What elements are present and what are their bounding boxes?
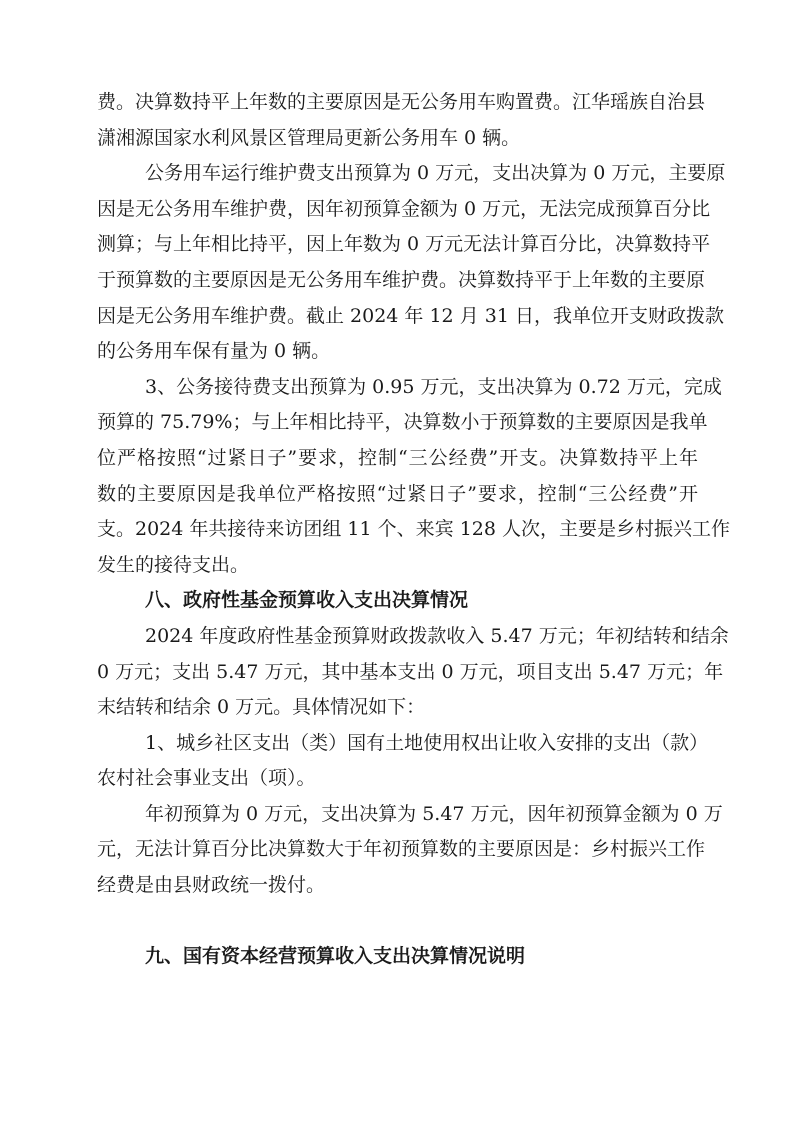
text-line: 位严格按照“过紧日子”要求，控制“三公经费”开支。决算数持平上年 bbox=[97, 441, 698, 477]
section-heading-state-capital: 九、国有资本经营预算收入支出决算情况说明 bbox=[97, 939, 698, 975]
text-line: 1、城乡社区支出（类）国有土地使用权出让收入安排的支出（款） bbox=[97, 726, 698, 762]
text-line: 预算的 75.79%；与上年相比持平，决算数小于预算数的主要原因是我单 bbox=[97, 405, 698, 441]
text-line: 元，无法计算百分比决算数大于年初预算数的主要原因是：乡村振兴工作 bbox=[97, 832, 698, 868]
text-line: 支。2024 年共接待来访团组 11 个、来宾 128 人次，主要是乡村振兴工作 bbox=[97, 512, 698, 548]
text-line: 于预算数的主要原因是无公务用车维护费。决算数持平于上年数的主要原 bbox=[97, 263, 698, 299]
paragraph-government-fund-overview: 2024 年度政府性基金预算财政拨款收入 5.47 万元；年初结转和结余 0 万… bbox=[97, 619, 698, 726]
text-line: 发生的接待支出。 bbox=[97, 548, 698, 584]
text-line: 经费是由县财政统一拨付。 bbox=[97, 868, 698, 904]
text-line: 2024 年度政府性基金预算财政拨款收入 5.47 万元；年初结转和结余 bbox=[97, 619, 698, 655]
text-line: 末结转和结余 0 万元。具体情况如下： bbox=[97, 690, 698, 726]
text-line: 0 万元；支出 5.47 万元，其中基本支出 0 万元，项目支出 5.47 万元… bbox=[97, 655, 698, 691]
paragraph-vehicle-maintenance: 公务用车运行维护费支出预算为 0 万元，支出决算为 0 万元，主要原 因是无公务… bbox=[97, 156, 698, 370]
text-line: 因是无公务用车维护费，因年初预算金额为 0 万元，无法完成预算百分比 bbox=[97, 192, 698, 228]
paragraph-vehicle-purchase-continuation: 费。决算数持平上年数的主要原因是无公务用车购置费。江华瑶族自治县 潇湘源国家水利… bbox=[97, 85, 698, 156]
text-line: 年初预算为 0 万元，支出决算为 5.47 万元，因年初预算金额为 0 万 bbox=[97, 797, 698, 833]
text-line: 费。决算数持平上年数的主要原因是无公务用车购置费。江华瑶族自治县 bbox=[97, 85, 698, 121]
text-line: 数的主要原因是我单位严格按照“过紧日子”要求，控制“三公经费”开 bbox=[97, 477, 698, 513]
blank-line bbox=[97, 904, 698, 940]
text-line: 因是无公务用车维护费。截止 2024 年 12 月 31 日，我单位开支财政拨款 bbox=[97, 299, 698, 335]
text-line: 潇湘源国家水利风景区管理局更新公务用车 0 辆。 bbox=[97, 121, 698, 157]
document-page: 费。决算数持平上年数的主要原因是无公务用车购置费。江华瑶族自治县 潇湘源国家水利… bbox=[97, 85, 698, 975]
text-line: 测算；与上年相比持平，因上年数为 0 万元无法计算百分比，决算数持平 bbox=[97, 227, 698, 263]
text-line: 的公务用车保有量为 0 辆。 bbox=[97, 334, 698, 370]
paragraph-item-1-classification: 1、城乡社区支出（类）国有土地使用权出让收入安排的支出（款） 农村社会事业支出（… bbox=[97, 726, 698, 797]
text-line: 3、公务接待费支出预算为 0.95 万元，支出决算为 0.72 万元，完成 bbox=[97, 370, 698, 406]
text-line: 农村社会事业支出（项）。 bbox=[97, 761, 698, 797]
paragraph-reception-expenses: 3、公务接待费支出预算为 0.95 万元，支出决算为 0.72 万元，完成 预算… bbox=[97, 370, 698, 584]
text-line: 公务用车运行维护费支出预算为 0 万元，支出决算为 0 万元，主要原 bbox=[97, 156, 698, 192]
section-heading-government-fund: 八、政府性基金预算收入支出决算情况 bbox=[97, 583, 698, 619]
paragraph-item-1-details: 年初预算为 0 万元，支出决算为 5.47 万元，因年初预算金额为 0 万 元，… bbox=[97, 797, 698, 904]
